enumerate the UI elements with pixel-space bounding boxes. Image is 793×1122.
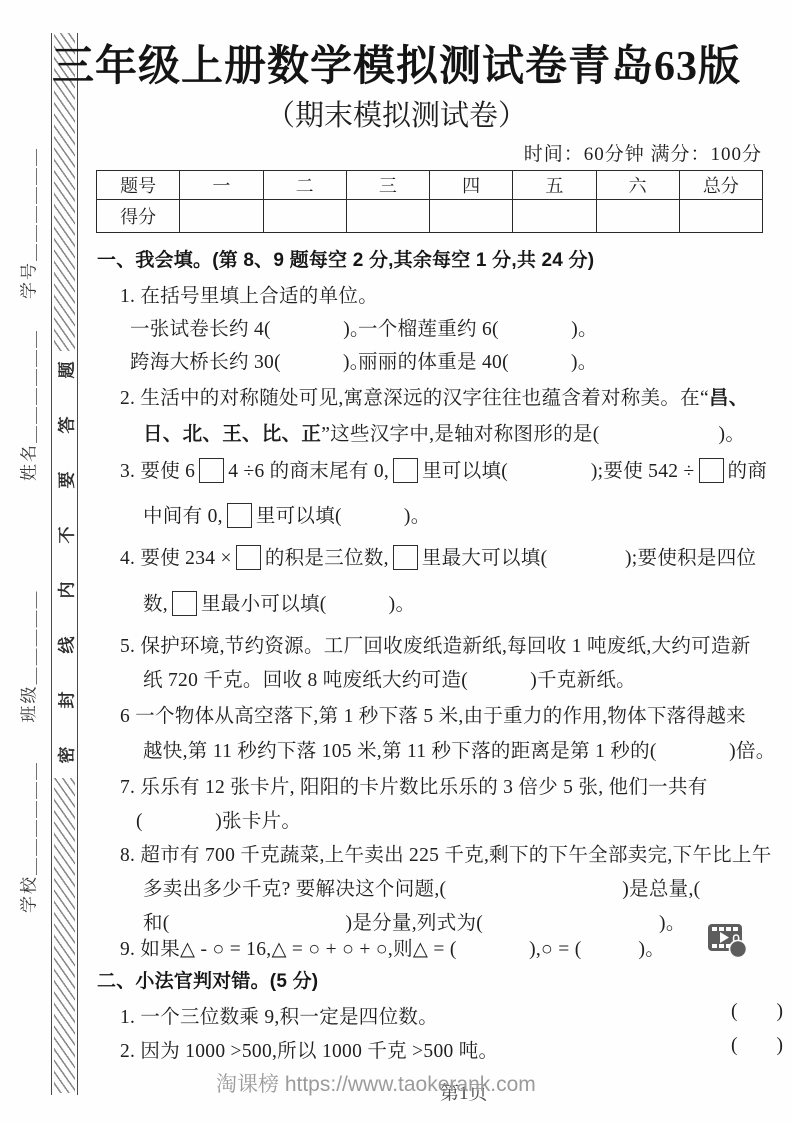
question-4-text: 里最大可以填( );要使积是四位: [422, 548, 757, 569]
question-2-text: 2. 生活中的对称随处可见,寓意深远的汉字往往也蕴含着对称美。在“: [120, 388, 709, 409]
seal-char: 内: [52, 582, 77, 599]
seal-char: 线: [52, 637, 77, 654]
question-8-line1: 8. 超市有 700 千克蔬菜,上午卖出 225 千克,剩下的下午全部卖完,下午…: [120, 839, 772, 867]
question-7-line1: 7. 乐乐有 12 张卡片, 阳阳的卡片数比乐乐的 3 倍少 5 张, 他们一共…: [120, 771, 708, 799]
seal-char: 不: [52, 527, 77, 544]
judge-answer-bracket: ( ): [731, 1001, 783, 1023]
question-3-text: 4 ÷6 的商末尾有 0,: [228, 461, 389, 482]
question-1-item: 一张试卷长约 4( )。: [130, 313, 370, 341]
blank-box: [199, 458, 224, 483]
student-field-number: 学号＿＿＿＿＿＿: [15, 147, 40, 299]
section1-heading: 一、我会填。(第 8、9 题每空 2 分,其余每空 1 分,共 24 分): [97, 245, 594, 272]
score-cell: [263, 200, 346, 233]
score-cell: [180, 200, 263, 233]
score-cell: [346, 200, 429, 233]
question-2-bold-char: 昌、: [709, 387, 749, 409]
question-9-line1: 9. 如果△ - ○ = 16,△ = ○ + ○ + ○,则△ = ( ),○…: [120, 933, 665, 961]
score-table-col-2: 二: [263, 171, 346, 200]
question-8-line3: 和( )是分量,列式为( )。: [143, 907, 686, 935]
score-table-col-total: 总分: [679, 171, 762, 200]
question-3-text: 3. 要使 6: [120, 461, 195, 482]
seal-char: 封: [52, 692, 77, 709]
question-7-line2: ( )张卡片。: [136, 805, 301, 833]
seal-char: 要: [52, 472, 77, 489]
question-1-intro: 1. 在括号里填上合适的单位。: [120, 280, 378, 308]
score-table-col-1: 一: [180, 171, 263, 200]
student-field-school: 学校＿＿＿＿＿＿: [15, 761, 40, 913]
question-2-text: ”这些汉字中,是轴对称图形的是( )。: [321, 424, 745, 445]
question-2-bold-chars: 日、北、王、比、正: [143, 423, 321, 445]
score-table-header-row: 题号 一 二 三 四 五 六 总分: [97, 171, 763, 200]
blank-box: [227, 503, 252, 528]
question-2-line2: 日、北、王、比、正”这些汉字中,是轴对称图形的是( )。: [143, 418, 745, 446]
blank-box: [172, 591, 197, 616]
seal-char: 题: [52, 362, 77, 379]
question-3-text: 里可以填( );要使 542 ÷: [422, 461, 694, 482]
question-3-line1: 3. 要使 64 ÷6 的商末尾有 0,里可以填( );要使 542 ÷的商: [120, 455, 767, 483]
seal-char: 密: [52, 747, 77, 764]
question-2-line1: 2. 生活中的对称随处可见,寓意深远的汉字往往也蕴含着对称美。在“昌、: [120, 382, 749, 410]
question-3-text: 中间有 0,: [143, 506, 223, 527]
question-5-line1: 5. 保护环境,节约资源。工厂回收废纸造新纸,每回收 1 吨废纸,大约可造新: [120, 630, 751, 658]
score-table-col-6: 六: [596, 171, 679, 200]
score-table: 题号 一 二 三 四 五 六 总分 得分: [96, 170, 763, 233]
score-cell: [430, 200, 513, 233]
watermark-link: 淘课榜 https://www.taokerank.com: [216, 1068, 536, 1098]
paper-title: 三年级上册数学模拟测试卷青岛63版: [0, 33, 793, 93]
question-4-text: 里最小可以填( )。: [201, 594, 415, 615]
section2-heading: 二、小法官判对错。(5 分): [97, 966, 318, 993]
question-4-text: 的积是三位数,: [265, 548, 389, 569]
question-8-line2: 多卖出多少千克? 要解决这个问题,( )是总量,( ): [143, 873, 793, 901]
paper-subtitle: （期末模拟测试卷）: [0, 93, 793, 134]
score-table-col-4: 四: [430, 171, 513, 200]
score-row-label: 得分: [97, 200, 180, 233]
blank-box: [236, 545, 261, 570]
student-field-name: 姓名＿＿＿＿＿＿: [15, 329, 40, 481]
score-cell: [596, 200, 679, 233]
question-4-line1: 4. 要使 234 ×的积是三位数,里最大可以填( );要使积是四位: [120, 542, 756, 570]
question-4-line2: 数,里最小可以填( )。: [143, 588, 415, 616]
question-3-line2: 中间有 0,里可以填( )。: [143, 500, 431, 528]
judge-question-1: 1. 一个三位数乘 9,积一定是四位数。: [120, 1001, 438, 1029]
question-3-text: 里可以填( )。: [256, 506, 431, 527]
judge-answer-bracket: ( ): [731, 1035, 783, 1057]
score-cell: [679, 200, 762, 233]
time-and-score-info: 时间：60分钟 满分：100分: [524, 139, 762, 166]
exam-paper-page: 学号＿＿＿＿＿＿ 姓名＿＿＿＿＿＿ 班级＿＿＿＿＿ 学校＿＿＿＿＿＿ 题 答 要…: [0, 0, 793, 1122]
question-1-item: 一个榴莲重约 6( )。: [358, 313, 598, 341]
hatch-pattern-bottom: [54, 778, 75, 1093]
question-6-line2: 越快,第 11 秒约下落 105 米,第 11 秒下落的距离是第 1 秒的( )…: [143, 735, 776, 763]
question-4-text: 4. 要使 234 ×: [120, 548, 232, 569]
question-6-line1: 6 一个物体从高空落下,第 1 秒下落 5 米,由于重力的作用,物体下落得越来: [120, 700, 746, 728]
video-icon[interactable]: [705, 918, 751, 967]
score-table-score-row: 得分: [97, 200, 763, 233]
question-4-text: 数,: [143, 594, 168, 615]
question-3-text: 的商: [728, 461, 768, 482]
question-1-item: 丽丽的体重是 40( )。: [358, 346, 598, 374]
score-cell: [513, 200, 596, 233]
student-field-class: 班级＿＿＿＿＿: [15, 590, 40, 723]
score-table-col-label: 题号: [97, 171, 180, 200]
question-1-item: 跨海大桥长约 30( )。: [130, 346, 370, 374]
seal-char: 答: [52, 417, 77, 434]
seal-line-band: 题 答 要 不 内 线 封 密: [51, 33, 78, 1095]
blank-box: [393, 545, 418, 570]
judge-question-2: 2. 因为 1000 >500,所以 1000 千克 >500 吨。: [120, 1035, 498, 1063]
score-table-col-5: 五: [513, 171, 596, 200]
blank-box: [393, 458, 418, 483]
question-5-line2: 纸 720 千克。回收 8 吨废纸大约可造( )千克新纸。: [143, 664, 636, 692]
blank-box: [699, 458, 724, 483]
score-table-col-3: 三: [346, 171, 429, 200]
